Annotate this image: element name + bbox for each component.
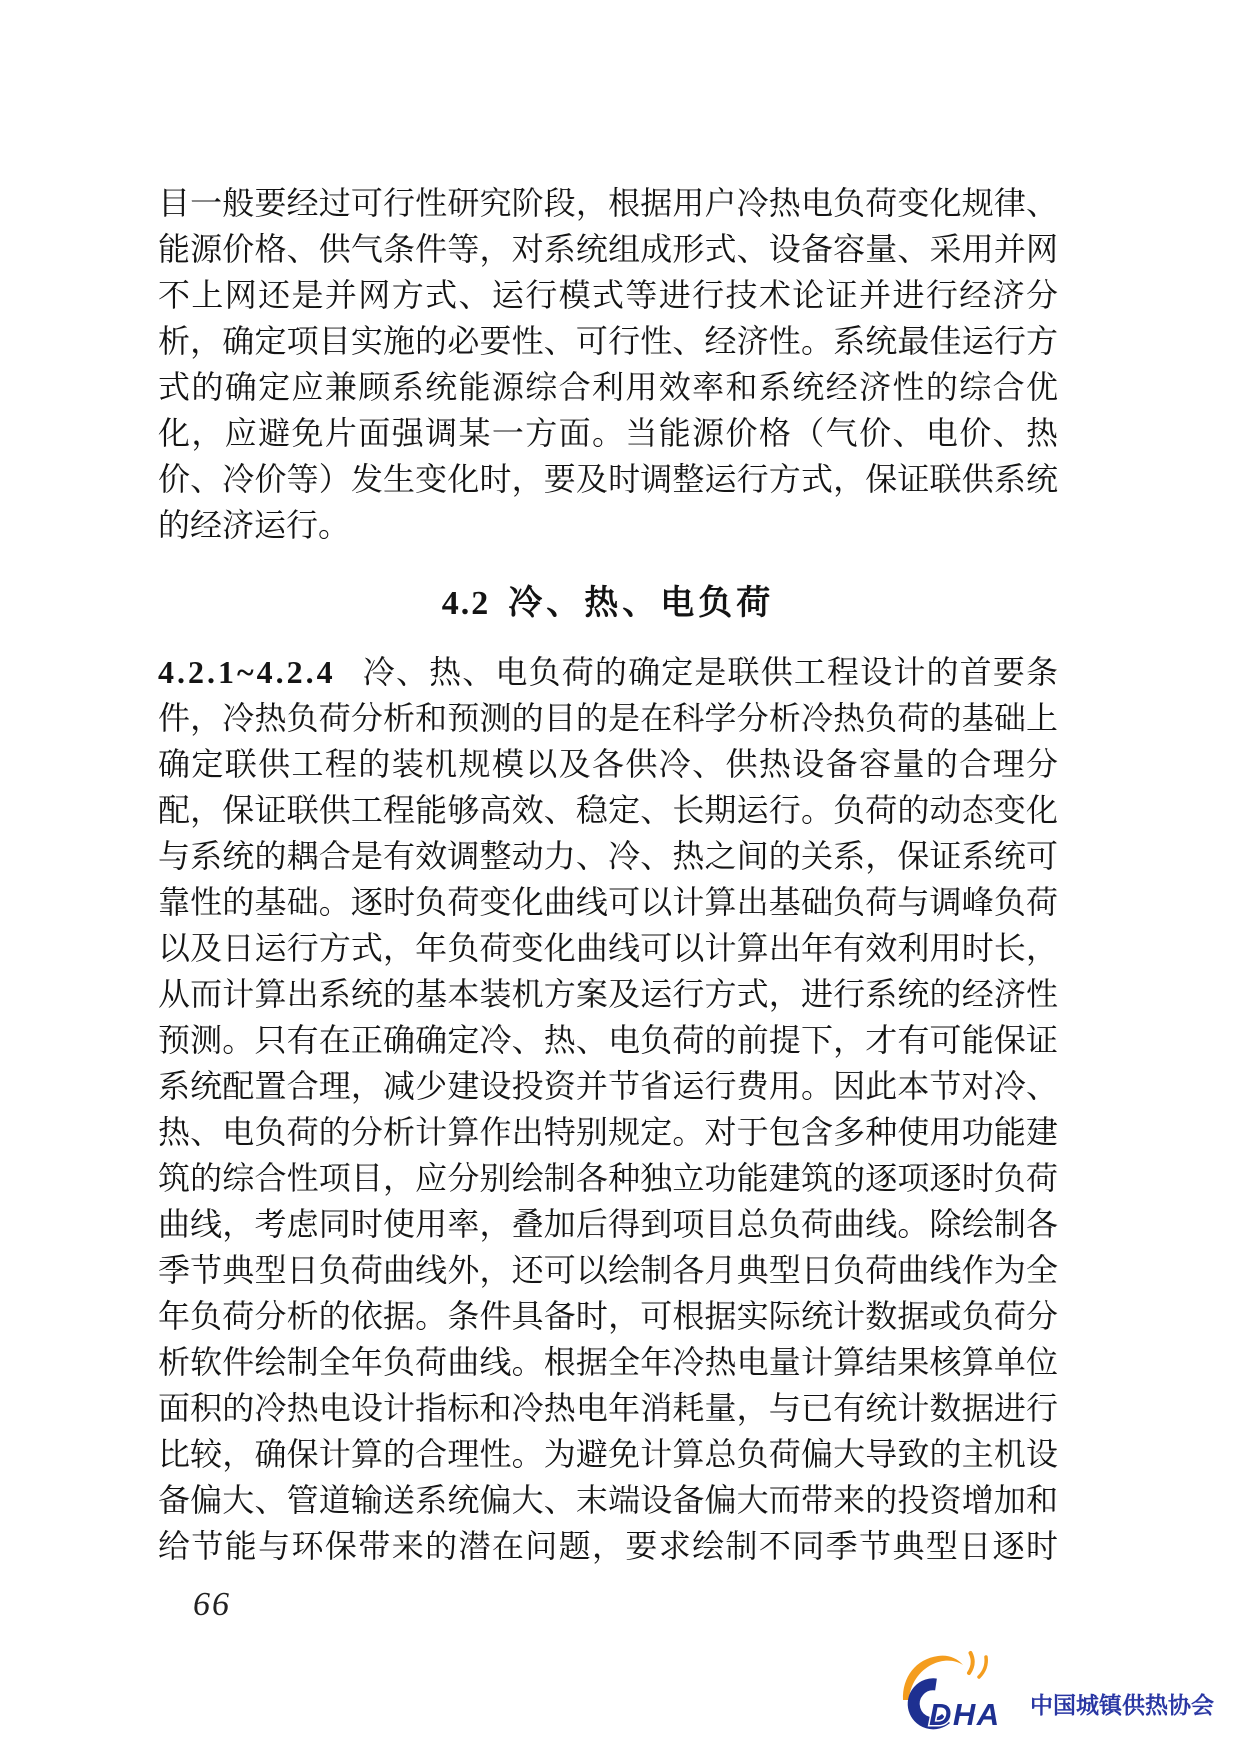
text-line: 预测。只有在正确确定冷、热、电负荷的前提下，才有可能保证 bbox=[158, 1017, 1058, 1063]
text-line: 曲线，考虑同时使用率，叠加后得到项目总负荷曲线。除绘制各 bbox=[158, 1201, 1058, 1247]
clause-explanation-paragraph: 4.2.1~4.2.4冷、热、电负荷的确定是联供工程设计的首要条 件，冷热负荷分… bbox=[158, 649, 1058, 1569]
text-line: 析软件绘制全年负荷曲线。根据全年冷热电量计算结果核算单位 bbox=[158, 1339, 1058, 1385]
logo-acronym-text: DHA bbox=[929, 1697, 1001, 1732]
text-line: 年负荷分析的依据。条件具备时，可根据实际统计数据或负荷分 bbox=[158, 1293, 1058, 1339]
text-line: 析，确定项目实施的必要性、可行性、经济性。系统最佳运行方 bbox=[158, 318, 1058, 364]
text-line-content: 冷、热、电负荷的确定是联供工程设计的首要条 bbox=[362, 654, 1058, 690]
text-line: 与系统的耦合是有效调整动力、冷、热之间的关系，保证系统可 bbox=[158, 833, 1058, 879]
document-page: 目一般要经过可行性研究阶段，根据用户冷热电负荷变化规律、 能源价格、供气条件等，… bbox=[0, 0, 1240, 1754]
text-line: 季节典型日负荷曲线外，还可以绘制各月典型日负荷曲线作为全 bbox=[158, 1247, 1058, 1293]
text-line: 确定联供工程的装机规模以及各供冷、供热设备容量的合理分 bbox=[158, 741, 1058, 787]
paragraph-continuation: 目一般要经过可行性研究阶段，根据用户冷热电负荷变化规律、 能源价格、供气条件等，… bbox=[158, 180, 1058, 548]
text-line: 价、冷价等）发生变化时，要及时调整运行方式，保证联供系统 bbox=[158, 456, 1058, 502]
association-logo: DHA 中国城镇供热协会 bbox=[898, 1648, 1228, 1743]
logo-signal-arc-2 bbox=[979, 1657, 986, 1677]
text-line: 式的确定应兼顾系统能源综合利用效率和系统经济性的综合优 bbox=[158, 364, 1058, 410]
cdha-logo-icon: DHA bbox=[898, 1648, 1028, 1740]
text-line: 备偏大、管道输送系统偏大、末端设备偏大而带来的投资增加和 bbox=[158, 1477, 1058, 1523]
page-number: 66 bbox=[193, 1586, 231, 1624]
text-line: 的经济运行。 bbox=[158, 502, 1058, 548]
text-line: 热、电负荷的分析计算作出特别规定。对于包含多种使用功能建 bbox=[158, 1109, 1058, 1155]
section-heading: 4.2冷、热、电负荷 bbox=[158, 581, 1058, 627]
section-number: 4.2 bbox=[442, 581, 491, 627]
text-line: 以及日运行方式，年负荷变化曲线可以计算出年有效利用时长， bbox=[158, 925, 1058, 971]
text-line: 给节能与环保带来的潜在问题，要求绘制不同季节典型日逐时 bbox=[158, 1523, 1058, 1569]
text-line: 靠性的基础。逐时负荷变化曲线可以计算出基础负荷与调峰负荷 bbox=[158, 879, 1058, 925]
text-line: 配，保证联供工程能够高效、稳定、长期运行。负荷的动态变化 bbox=[158, 787, 1058, 833]
section-title: 冷、热、电负荷 bbox=[508, 585, 774, 622]
text-line: 件，冷热负荷分析和预测的目的是在科学分析冷热负荷的基础上 bbox=[158, 695, 1058, 741]
text-line: 化，应避免片面强调某一方面。当能源价格（气价、电价、热 bbox=[158, 410, 1058, 456]
clause-label: 4.2.1~4.2.4 bbox=[158, 654, 336, 690]
logo-signal-arc-1 bbox=[969, 1653, 973, 1673]
text-line: 从而计算出系统的基本装机方案及运行方式，进行系统的经济性 bbox=[158, 971, 1058, 1017]
text-line: 比较，确保计算的合理性。为避免计算总负荷偏大导致的主机设 bbox=[158, 1431, 1058, 1477]
text-line: 目一般要经过可行性研究阶段，根据用户冷热电负荷变化规律、 bbox=[158, 180, 1058, 226]
text-line: 不上网还是并网方式、运行模式等进行技术论证并进行经济分 bbox=[158, 272, 1058, 318]
text-line: 能源价格、供气条件等，对系统组成形式、设备容量、采用并网 bbox=[158, 226, 1058, 272]
text-line: 面积的冷热电设计指标和冷热电年消耗量，与已有统计数据进行 bbox=[158, 1385, 1058, 1431]
text-line: 4.2.1~4.2.4冷、热、电负荷的确定是联供工程设计的首要条 bbox=[158, 649, 1058, 695]
text-line: 系统配置合理，减少建设投资并节省运行费用。因此本节对冷、 bbox=[158, 1063, 1058, 1109]
text-line: 筑的综合性项目，应分别绘制各种独立功能建筑的逐项逐时负荷 bbox=[158, 1155, 1058, 1201]
association-name: 中国城镇供热协会 bbox=[1030, 1694, 1214, 1717]
